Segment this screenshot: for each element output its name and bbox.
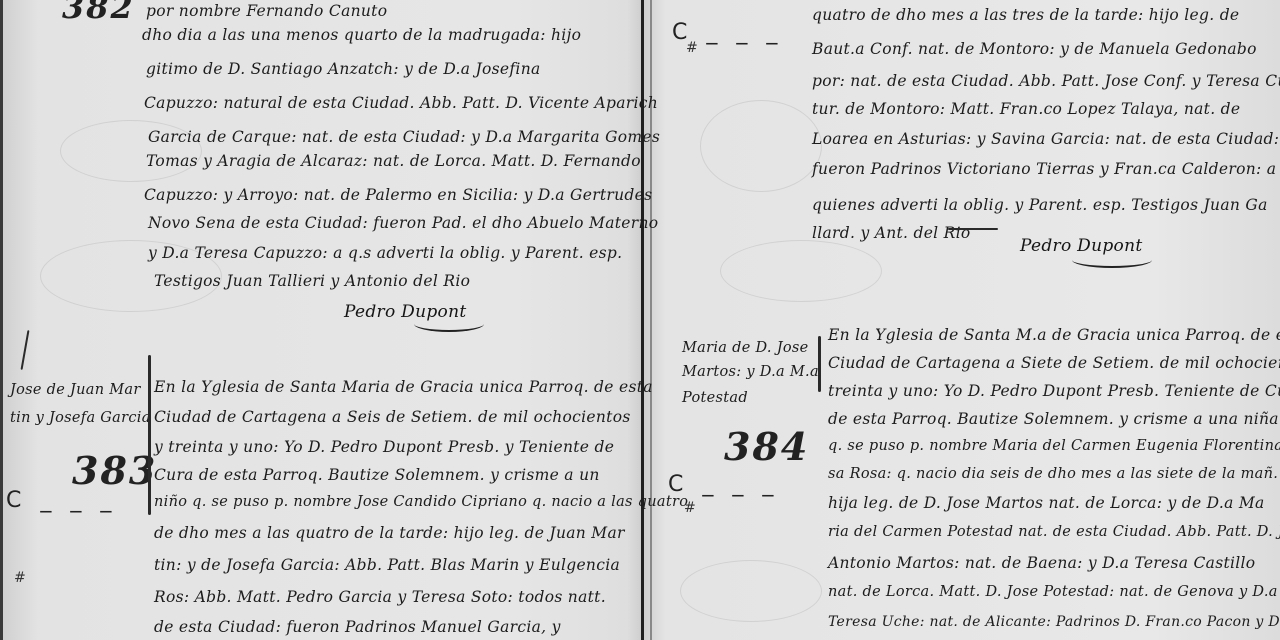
text-line: Novo Sena de esta Ciudad: fueron Pad. el… bbox=[148, 214, 658, 232]
text-line: Capuzzo: y Arroyo: nat. de Palermo en Si… bbox=[144, 186, 652, 204]
text-line: Capuzzo: natural de esta Ciudad. Abb. Pa… bbox=[144, 94, 658, 112]
text-line: dho dia a las una menos quarto de la mad… bbox=[142, 26, 581, 44]
text-line: niño q. se puso p. nombre Jose Candido C… bbox=[154, 494, 688, 510]
hash-mark: # bbox=[684, 500, 696, 516]
text-line: tur. de Montoro: Matt. Fran.co Lopez Tal… bbox=[812, 100, 1240, 118]
text-line: Baut.a Conf. nat. de Montoro: y de Manue… bbox=[812, 40, 1257, 58]
text-line: hija leg. de D. Jose Martos nat. de Lorc… bbox=[828, 494, 1265, 512]
text-line: fueron Padrinos Victoriano Tierras y Fra… bbox=[812, 160, 1276, 178]
text-line: ria del Carmen Potestad nat. de esta Ciu… bbox=[828, 524, 1280, 540]
text-line: nat. de Lorca. Matt. D. Jose Potestad: n… bbox=[828, 584, 1278, 600]
register-dash-mark: C _ _ _ bbox=[668, 472, 779, 497]
text-line: llard. y Ant. del Rio bbox=[812, 224, 971, 242]
signature-flourish bbox=[1072, 252, 1152, 268]
margin-note-line: Jose de Juan Mar bbox=[10, 382, 141, 398]
text-line: Tomas y Aragia de Alcaraz: nat. de Lorca… bbox=[146, 152, 641, 170]
left-page: 382 por nombre Fernando Canuto dho dia a… bbox=[4, 0, 640, 640]
hash-mark: # bbox=[686, 40, 698, 56]
text-line: por nombre Fernando Canuto bbox=[146, 2, 387, 20]
text-line: de dho mes a las quatro de la tarde: hij… bbox=[154, 524, 625, 542]
hash-mark: # bbox=[14, 570, 26, 586]
text-line: Loarea en Asturias: y Savina Garcia: nat… bbox=[812, 130, 1279, 148]
bracket-stroke bbox=[818, 336, 821, 392]
register-dash-mark: C _ _ _ bbox=[6, 488, 117, 513]
entry-number: 384 bbox=[724, 424, 809, 469]
text-line: Teresa Uche: nat. de Alicante: Padrinos … bbox=[828, 614, 1280, 630]
entry-number: 383 bbox=[72, 448, 157, 493]
page-edge-left bbox=[0, 0, 3, 640]
line-terminator bbox=[948, 228, 998, 230]
text-line: Testigos Juan Tallieri y Antonio del Rio bbox=[154, 272, 470, 290]
right-page: C _ _ _ # quatro de dho mes a las tres d… bbox=[652, 0, 1280, 640]
text-line: quienes adverti la oblig. y Parent. esp.… bbox=[812, 196, 1268, 214]
text-line: y treinta y uno: Yo D. Pedro Dupont Pres… bbox=[154, 438, 614, 456]
text-line: por: nat. de esta Ciudad. Abb. Patt. Jos… bbox=[812, 72, 1280, 90]
text-line: de esta Ciudad: fueron Padrinos Manuel G… bbox=[154, 618, 561, 636]
text-line: quatro de dho mes a las tres de la tarde… bbox=[812, 6, 1239, 24]
text-line: Ciudad de Cartagena a Siete de Setiem. d… bbox=[828, 354, 1280, 372]
text-line: gitimo de D. Santiago Anzatch: y de D.a … bbox=[146, 60, 541, 78]
text-line: Antonio Martos: nat. de Baena: y D.a Ter… bbox=[828, 554, 1255, 572]
text-line: de esta Parroq. Bautize Solemnem. y cris… bbox=[828, 410, 1279, 428]
text-line: q. se puso p. nombre Maria del Carmen Eu… bbox=[828, 438, 1280, 454]
manuscript-spread: 382 por nombre Fernando Canuto dho dia a… bbox=[0, 0, 1280, 640]
flourish-stroke bbox=[21, 330, 30, 370]
signature-flourish bbox=[414, 316, 484, 332]
margin-note-line: Potestad bbox=[682, 390, 748, 406]
text-line: tin: y de Josefa Garcia: Abb. Patt. Blas… bbox=[154, 556, 620, 574]
text-line: Ros: Abb. Matt. Pedro Garcia y Teresa So… bbox=[154, 588, 606, 606]
bracket-stroke bbox=[148, 355, 151, 515]
text-line: sa Rosa: q. nacio dia seis de dho mes a … bbox=[828, 466, 1278, 482]
text-line: y D.a Teresa Capuzzo: a q.s adverti la o… bbox=[148, 244, 622, 262]
text-line: Cura de esta Parroq. Bautize Solemnem. y… bbox=[154, 466, 600, 484]
text-line: En la Yglesia de Santa Maria de Gracia u… bbox=[154, 378, 653, 396]
margin-note-line: tin y Josefa Garcia bbox=[10, 410, 151, 426]
text-line: treinta y uno: Yo D. Pedro Dupont Presb.… bbox=[828, 382, 1280, 400]
text-line: En la Yglesia de Santa M.a de Gracia uni… bbox=[828, 326, 1280, 344]
text-line: Garcia de Carque: nat. de esta Ciudad: y… bbox=[148, 128, 660, 146]
entry-number: 382 bbox=[62, 0, 135, 26]
margin-note-line: Maria de D. Jose bbox=[682, 340, 808, 356]
text-line: Ciudad de Cartagena a Seis de Setiem. de… bbox=[154, 408, 631, 426]
margin-note-line: Martos: y D.a M.a bbox=[682, 364, 819, 380]
